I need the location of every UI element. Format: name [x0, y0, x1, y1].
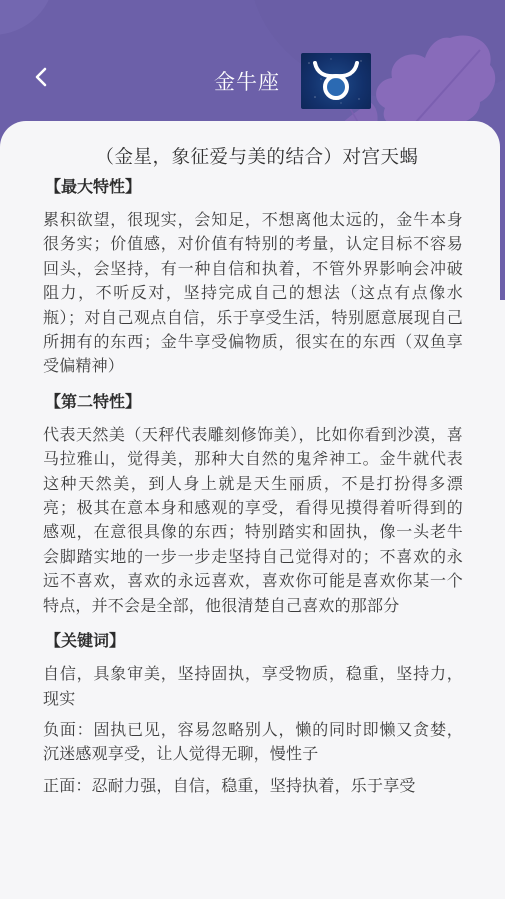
chevron-left-icon	[33, 66, 49, 88]
section-heading-second-trait: 【第二特性】	[45, 388, 463, 416]
screen: 金牛座 （金星，象征爱与美的结合）对宫天蝎 【最大特性】 累积欲望，很现实，会知…	[0, 0, 505, 899]
positive-keywords-paragraph: 正面：忍耐力强，自信，稳重，坚持执着，乐于享受	[43, 774, 463, 798]
section-heading-main-trait: 【最大特性】	[45, 173, 463, 201]
second-trait-paragraph: 代表天然美（天秤代表雕刻修饰美），比如你看到沙漠，喜马拉雅山，觉得美，那种大自然…	[43, 423, 463, 618]
nav-bar: 金牛座	[0, 50, 505, 110]
back-button[interactable]	[26, 62, 56, 92]
keywords-paragraph: 自信，具象审美，坚持固执，享受物质，稳重，坚持力，现实	[43, 662, 463, 711]
page-title: 金牛座	[214, 66, 280, 96]
negative-keywords-paragraph: 负面：固执已见，容易忽略别人，懒的同时即懒又贪婪，沉迷感观享受，让人觉得无聊，慢…	[43, 718, 463, 767]
sign-subtitle: （金星，象征爱与美的结合）对宫天蝎	[0, 143, 500, 169]
main-trait-paragraph: 累积欲望，很现实，会知足，不想离他太远的，金牛本身很务实；价值感，对价值有特别的…	[43, 208, 463, 379]
content-body: 【最大特性】 累积欲望，很现实，会知足，不想离他太远的，金牛本身很务实；价值感，…	[43, 173, 463, 798]
section-heading-keywords: 【关键词】	[45, 627, 463, 655]
taurus-sign-icon	[301, 53, 371, 109]
decorative-circle	[0, 0, 55, 35]
content-card: （金星，象征爱与美的结合）对宫天蝎 【最大特性】 累积欲望，很现实，会知足，不想…	[0, 121, 500, 896]
